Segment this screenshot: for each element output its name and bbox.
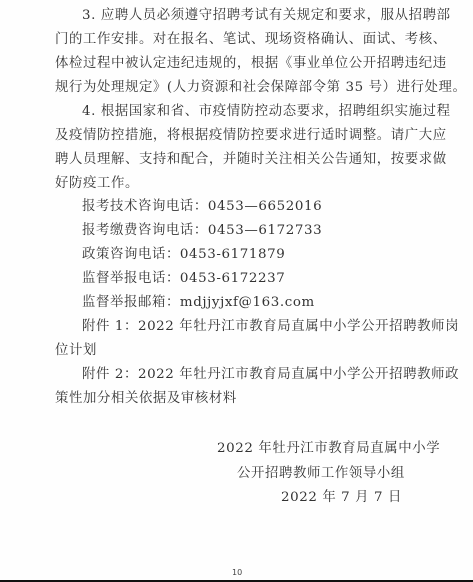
contact-report-phone: 监督举报电话：0453-6172237 bbox=[82, 271, 285, 287]
document-page: 3. 应聘人员必须遵守招聘考试有关规定和要求，服从招聘部 门的工作安排。对在报名… bbox=[0, 0, 473, 580]
paragraph-4-line-2: 及疫情防控措施，将根据疫情防控要求进行适时调整。请广大应 bbox=[55, 128, 447, 144]
attachment-2-line-1: 附件 2：2022 年牡丹江市教育局直属中小学公开招聘教师政 bbox=[82, 367, 459, 383]
paragraph-3-line-4: 规行为处理规定》(人力资源和社会保障部令第 35 号）进行处理。 bbox=[55, 80, 467, 96]
paragraph-3-line-3: 体检过程中被认定违纪违规的，根据《事业单位公开招聘违纪违 bbox=[55, 56, 447, 72]
attachment-1-line-2: 位计划 bbox=[55, 343, 97, 359]
contact-policy-phone: 政策咨询电话：0453-6171879 bbox=[82, 247, 285, 263]
attachment-2-line-2: 策性加分相关依据及审核材料 bbox=[55, 391, 237, 407]
signature-org-line-2: 公开招聘教师工作领导小组 bbox=[237, 466, 405, 482]
paragraph-3-line-1: 3. 应聘人员必须遵守招聘考试有关规定和要求，服从招聘部 bbox=[82, 8, 451, 24]
page-number: 10 bbox=[232, 568, 242, 577]
contact-fee-phone: 报考缴费咨询电话：0453—6172733 bbox=[82, 223, 322, 239]
signature-date: 2022 年 7 月 7 日 bbox=[281, 490, 402, 506]
contact-report-email: 监督举报邮箱：mdjjyjxf@163.com bbox=[82, 295, 315, 311]
signature-org-line-1: 2022 年牡丹江市教育局直属中小学 bbox=[217, 441, 440, 457]
paragraph-4-line-4: 好防疫工作。 bbox=[55, 176, 139, 192]
contact-tech-phone: 报考技术咨询电话：0453—6652016 bbox=[82, 199, 322, 215]
paragraph-4-line-1: 4. 根据国家和省、市疫情防控动态要求，招聘组织实施过程 bbox=[82, 104, 451, 120]
paragraph-3-line-2: 门的工作安排。对在报名、笔试、现场资格确认、面试、考核、 bbox=[55, 32, 447, 48]
paragraph-4-line-3: 聘人员理解、支持和配合，并随时关注相关公告通知，按要求做 bbox=[55, 152, 447, 168]
attachment-1-line-1: 附件 1：2022 年牡丹江市教育局直属中小学公开招聘教师岗 bbox=[82, 319, 459, 335]
